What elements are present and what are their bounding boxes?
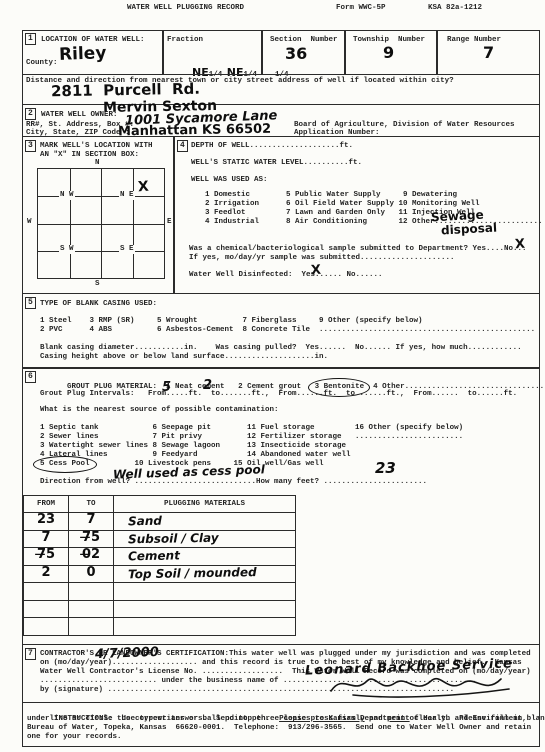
compass-north-label: N [95, 159, 100, 168]
statute-number: KSA 82a-1212 [428, 4, 482, 13]
contamination-options-row3: 3 Watertight sewer lines 8 Sewage lagoon… [40, 442, 346, 451]
completion-date-value: 4/7/2000 [95, 645, 159, 662]
instructions-line2: underline or circle the correct answers.… [27, 715, 527, 724]
form-number: Form WWC-5P [336, 4, 386, 13]
compass-northeast-label: N E [119, 191, 135, 200]
cess-pool-circle-annotation [33, 456, 97, 473]
material-value: Sand [114, 511, 295, 528]
material-value: Top Soil / mounded [114, 564, 295, 581]
sample-submitted-question: Was a chemical/bacteriological sample su… [189, 245, 527, 254]
sample-date-line: If yes, mo/day/yr sample was submitted..… [189, 254, 455, 263]
instructions-line4: one for your records. [27, 733, 122, 742]
grid-line [38, 224, 164, 225]
grid-line [38, 196, 164, 197]
disinfected-yes-x-mark: X [310, 263, 321, 279]
table-row: 7̶50̶2Cement [24, 548, 296, 566]
casing-options-row1: 1 Steel 3 RMP (SR) 5 Wrought 7 Fiberglas… [40, 317, 423, 326]
compass-south-label: S [95, 280, 100, 289]
form-title: WATER WELL PLUGGING RECORD [127, 4, 244, 13]
contamination-options-row1: 1 Septic tank 6 Seepage pit 11 Fuel stor… [40, 424, 463, 433]
grout-plug-intervals-line: Grout Plug Intervals: From.....ft. to...… [40, 390, 517, 399]
section6-grout-box: 6 GROUT PLUG MATERIAL: 1 Neat cement 2 C… [22, 367, 540, 645]
contamination-options-row2: 2 Sewer lines 7 Pit privy 12 Fertilizer … [40, 433, 463, 442]
column-divider [436, 31, 438, 74]
casing-height-line: Casing height above or below land surfac… [40, 353, 328, 362]
section3-title-line2: AN "X" IN SECTION BOX: [40, 151, 139, 160]
column-divider [344, 31, 346, 74]
static-water-level-line: WELL'S STATIC WATER LEVEL..........ft. [191, 159, 362, 168]
compass-west-label: W [26, 218, 33, 227]
city-state-zip-value: Manhattan KS 66502 [118, 122, 271, 140]
range-number-value: 7 [483, 43, 494, 62]
section5-title: TYPE OF BLANK CASING USED: [40, 300, 157, 309]
table-row: 237Sand [24, 513, 296, 531]
to-column-header: TO [69, 496, 114, 513]
signature-stroke [331, 679, 509, 697]
table-row [24, 618, 296, 636]
material-value: Cement [114, 546, 295, 563]
grid-line [38, 251, 164, 252]
county-label: County: [26, 59, 58, 68]
distance-direction-box: Distance and direction from nearest town… [22, 74, 540, 105]
township-number-value: 9 [383, 43, 394, 62]
interval-to-value: 2 [203, 378, 212, 393]
material-value: Subsoil / Clay [114, 529, 295, 546]
county-value: Riley [59, 43, 107, 65]
from-value: 23 [24, 513, 68, 527]
section5-number: 5 [25, 297, 36, 309]
compass-southeast-label: S E [119, 245, 135, 254]
materials-column-header: PLUGGING MATERIALS [114, 496, 296, 513]
column-divider [162, 31, 164, 74]
contractor-signature [323, 669, 523, 701]
to-value: 0̶2 [69, 548, 113, 562]
instructions-line3: Bureau of Water, Topeka, Kansas 66620-00… [27, 724, 531, 733]
section5-casing-box: 5 TYPE OF BLANK CASING USED: 1 Steel 3 R… [22, 293, 540, 369]
bentonite-circle-annotation [308, 378, 370, 397]
section4-number: 4 [177, 140, 188, 152]
how-many-feet-value: 23 [375, 459, 396, 477]
depth-of-well-line: DEPTH OF WELL....................ft. [191, 142, 353, 151]
compass-southwest-label: S W [59, 245, 75, 254]
to-value: 7̶5 [69, 531, 113, 545]
table-row: 20Top Soil / mounded [24, 565, 296, 583]
plugging-materials-table: FROM TO PLUGGING MATERIALS 237Sand 77̶5S… [23, 495, 296, 636]
direction-from-well-line: Direction from well? ...................… [40, 478, 427, 487]
table-header-row: FROM TO PLUGGING MATERIALS [24, 496, 296, 513]
casing-options-row2: 2 PVC 4 ABS 6 Asbestos-Cement 8 Concrete… [40, 326, 535, 335]
section-number-value: 36 [285, 44, 307, 63]
instructions-box: INSTRUCTIONS: Use typewriter or ball poi… [22, 702, 540, 747]
casing-diameter-line: Blank casing diameter...........in. Was … [40, 344, 522, 353]
interval-from-value: 5 [162, 380, 171, 395]
water-well-plugging-record-form: WATER WELL PLUGGING RECORD Form WWC-5P K… [0, 0, 545, 752]
table-row [24, 583, 296, 601]
section7-number: 7 [25, 648, 36, 660]
use-options-row1: 1 Domestic 5 Public Water Supply 9 Dewat… [205, 191, 457, 200]
material-value [114, 616, 295, 619]
section1-location-box: 1 LOCATION OF WATER WELL: County: Riley … [22, 30, 540, 75]
contamination-question-label: What is the nearest source of possible c… [40, 406, 279, 415]
distance-value: 2811 Purcell Rd. [51, 80, 200, 101]
sample-no-x-mark: X [514, 237, 525, 253]
section3-number: 3 [25, 140, 36, 152]
from-value: 7 [24, 531, 68, 545]
from-value: 2 [24, 566, 68, 580]
disinfected-line: Water Well Disinfected: Yes...... No....… [189, 271, 383, 280]
section1-number: 1 [25, 33, 36, 45]
material-value [114, 581, 295, 584]
material-value [114, 599, 295, 602]
to-value: 7 [69, 513, 113, 527]
section7-certification-box: 7 CONTRACTOR'S OR LANDOWNER'S CERTIFICAT… [22, 644, 540, 703]
from-column-header: FROM [24, 496, 69, 513]
from-value: 7̶5 [24, 548, 68, 562]
grout-option-bentonite: 3 Bentonite [315, 383, 365, 391]
table-row: 77̶5Subsoil / Clay [24, 530, 296, 548]
compass-east-label: E [166, 218, 173, 227]
to-value: 0 [69, 566, 113, 580]
section2-number: 2 [25, 108, 36, 120]
table-row [24, 600, 296, 618]
section6-number: 6 [25, 371, 36, 383]
section3-title-line1: MARK WELL'S LOCATION WITH [40, 142, 153, 151]
section2-owner-box: 2 WATER WELL OWNER: Mervin Sexton RR#, S… [22, 104, 540, 137]
well-used-as-label: WELL WAS USED AS: [191, 176, 268, 185]
fraction-label: Fraction [167, 36, 203, 45]
section-box-x-mark: X [137, 179, 149, 196]
compass-northwest-label: N W [59, 191, 75, 200]
use-options-row2: 2 Irrigation 6 Oil Field Water Supply 10… [205, 200, 480, 209]
other-use-value-line2: disposal [441, 221, 498, 238]
section3-4-box: 3 MARK WELL'S LOCATION WITH AN "X" IN SE… [22, 136, 540, 294]
section3-4-divider [173, 137, 175, 293]
